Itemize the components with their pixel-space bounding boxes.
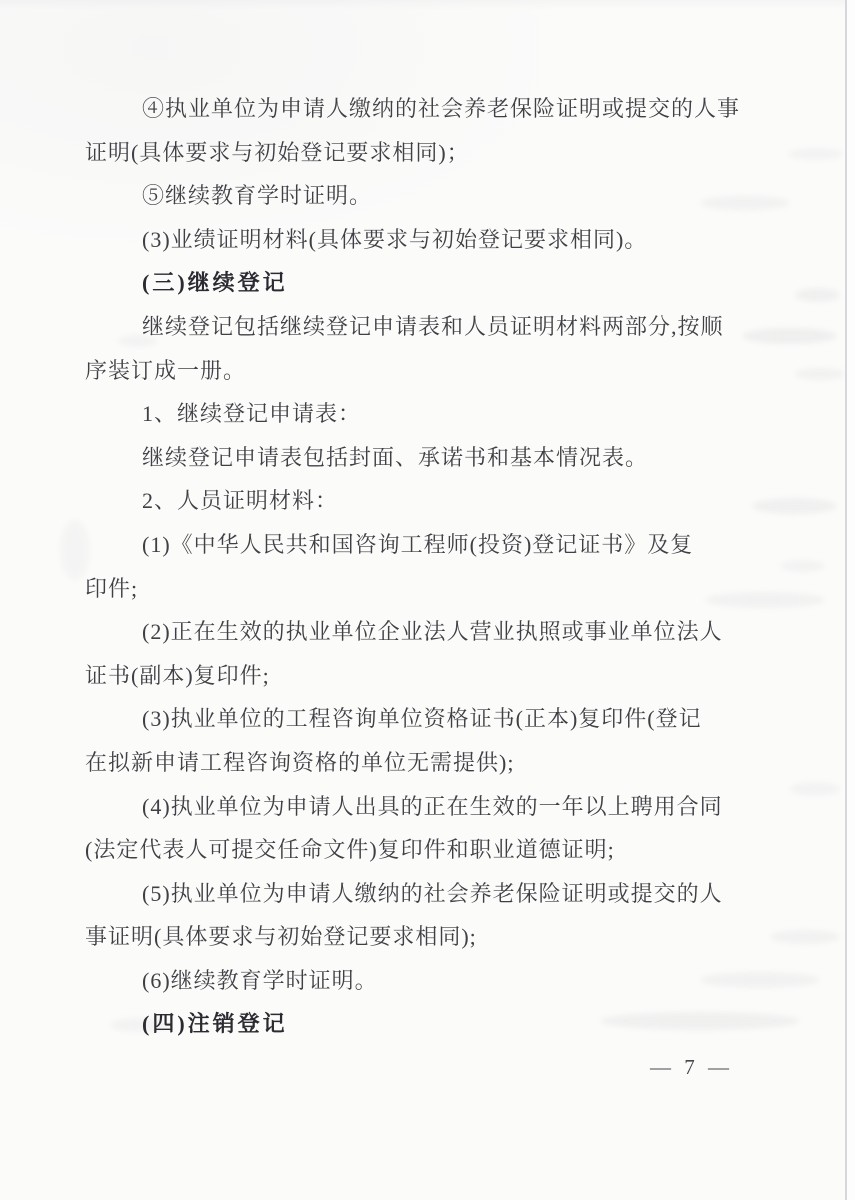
text-line: (1)《中华人民共和国咨询工程师(投资)登记证书》及复	[85, 523, 780, 567]
text-line: (4)执业单位为申请人出具的正在生效的一年以上聘用合同	[85, 785, 780, 829]
text-line: 在拟新申请工程咨询资格的单位无需提供);	[85, 741, 780, 785]
scan-artifact	[780, 560, 825, 572]
text-line: (2)正在生效的执业单位企业法人营业执照或事业单位法人	[85, 610, 780, 654]
text-line: (3)执业单位的工程咨询单位资格证书(正本)复印件(登记	[85, 697, 780, 741]
text-line: (法定代表人可提交任命文件)复印件和职业道德证明;	[85, 828, 780, 872]
scan-artifact	[118, 335, 158, 347]
scan-artifact	[600, 1012, 800, 1030]
scan-artifact	[110, 1018, 170, 1032]
list-item-heading: 1、继续登记申请表：	[85, 392, 780, 436]
scan-artifact	[795, 368, 845, 380]
scan-artifact	[752, 498, 837, 514]
text-line: 序装订成一册。	[85, 349, 780, 393]
scan-artifact	[770, 930, 840, 944]
text-line: 事证明(具体要求与初始登记要求相同);	[85, 915, 780, 959]
text-line: 继续登记包括继续登记申请表和人员证明材料两部分,按顺	[85, 305, 780, 349]
scan-artifact	[795, 288, 840, 302]
section-heading-continue-registration: (三)继续登记	[85, 261, 780, 305]
text-line: (5)执业单位为申请人缴纳的社会养老保险证明或提交的人	[85, 872, 780, 916]
text-line: ⑤继续教育学时证明。	[85, 174, 780, 218]
page-edge-line	[845, 0, 847, 1200]
text-line: (3)业绩证明材料(具体要求与初始登记要求相同)。	[85, 218, 780, 262]
scan-artifact	[705, 592, 825, 608]
scanned-document-page: ④执业单位为申请人缴纳的社会养老保险证明或提交的人事 证明(具体要求与初始登记要…	[0, 0, 855, 1200]
page-number: — 7 —	[650, 1052, 733, 1082]
text-line: ④执业单位为申请人缴纳的社会养老保险证明或提交的人事	[85, 87, 780, 131]
text-line: 印件;	[85, 567, 780, 611]
scan-artifact	[790, 782, 840, 796]
scan-artifact	[700, 196, 790, 210]
scan-artifact	[60, 520, 90, 580]
text-line: 证明(具体要求与初始登记要求相同)；	[85, 131, 780, 175]
text-line: (6)继续教育学时证明。	[85, 959, 780, 1003]
list-item-heading: 2、人员证明材料：	[85, 479, 780, 523]
scan-artifact	[742, 328, 837, 344]
document-body: ④执业单位为申请人缴纳的社会养老保险证明或提交的人事 证明(具体要求与初始登记要…	[85, 87, 780, 1046]
scanner-edge-strip	[847, 0, 855, 1200]
scan-artifact	[700, 972, 820, 988]
text-line: 继续登记申请表包括封面、承诺书和基本情况表。	[85, 436, 780, 480]
scan-artifact	[788, 148, 843, 160]
text-line: 证书(副本)复印件;	[85, 654, 780, 698]
